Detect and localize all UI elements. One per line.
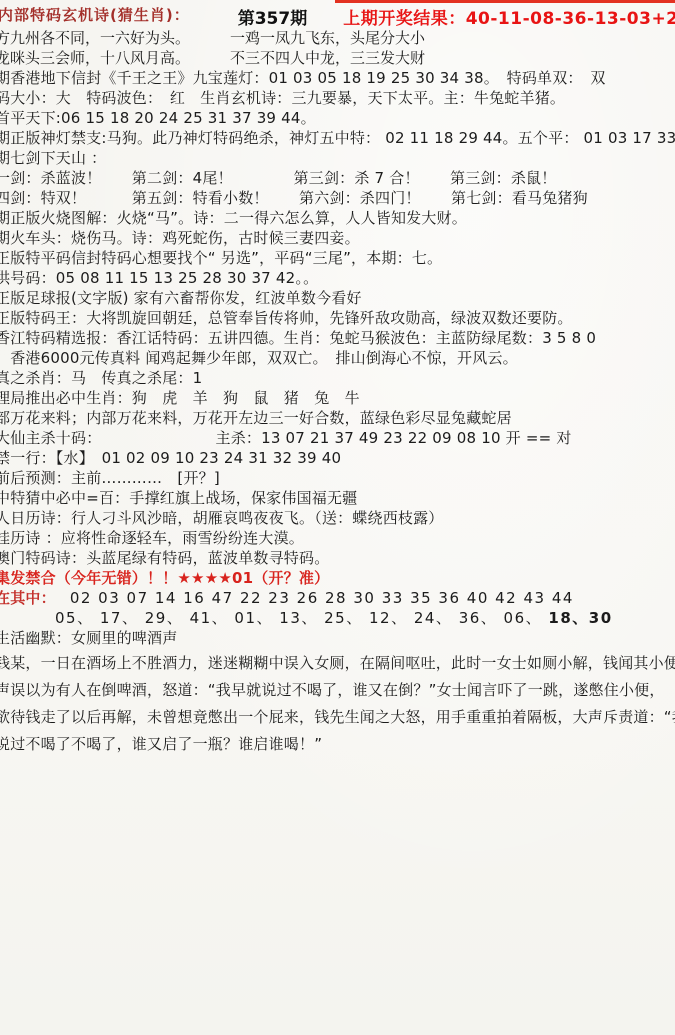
tip-line: 码大小：大 特码波色： 红 生肖玄机诗：三九要暴，天下太平。主：牛兔蛇羊猪。 <box>0 88 675 108</box>
tip-line: 香港6000元传真料 闻鸡起舞少年郎，双双亡。 排山倒海心不惊，开风云。 <box>0 348 675 368</box>
among-row2-numbers: 05、 17、 29、 41、 01、 13、 25、 12、 24、 36、 … <box>55 609 548 627</box>
tip-line: 首平天下:06 15 18 20 24 25 31 37 39 44。 <box>0 108 675 128</box>
poem-left: 方九州各不同，一六好为头。 <box>0 28 230 48</box>
story-line: 钱某，一日在酒场上不胜酒力，迷迷糊糊中误入女厕，在隔间呕吐，此时一女士如厕小解，… <box>0 650 675 677</box>
tip-line: 期正版神灯禁支:马狗。此乃神灯特码绝杀，神灯五中特： 02 11 18 29 4… <box>0 128 675 148</box>
jifa-highlight-line: 集发禁合（今年无错）！！★★★★01（开？准） <box>0 568 675 588</box>
poem-row: 龙咪头三会师，十八风月高。 不三不四人中龙，三三发大财 <box>0 48 675 68</box>
sheet-content: 内部特码玄机诗(猜生肖)： 第357期 上期开奖结果：40-11-08-36-1… <box>0 0 675 758</box>
last-draw-result-label: 上期开奖结果： <box>343 9 466 29</box>
poem-row: 方九州各不同，一六好为头。 一鸡一凤九飞东，头尾分大小 <box>0 28 675 48</box>
tip-line: 期火车头：烧伤马。诗：鸡死蛇伤，古时候三妻四妾。 <box>0 228 675 248</box>
tip-line: 挂历诗 ：应将性命逐轻车，雨雪纷纷连大漠。 <box>0 528 675 548</box>
tip-line: 正版特平码信封特码心想要找个“ 另选”，平码“三尾”，本期：七。 <box>0 248 675 268</box>
among-row2-bold-numbers: 18、30 <box>548 609 612 627</box>
tip-line: 理局推出必中生肖：狗 虎 羊 狗 鼠 猪 兔 牛 <box>0 388 675 408</box>
tip-line: 期正版火烧图解：火烧“马”。诗：二一得六怎么算，人人皆知发大财。 <box>0 208 675 228</box>
tip-line: 大仙主杀十码： 主杀：13 07 21 37 49 23 22 09 08 10… <box>0 428 675 448</box>
among-numbers: 02 03 07 14 16 47 22 23 26 28 30 33 35 3… <box>70 588 574 608</box>
issue-number: 第357期 <box>238 4 308 29</box>
tip-line: 一剑：杀蓝波！ 第二剑：4尾！ 第三剑：杀 7 合！ 第三剑：杀鼠！ <box>0 168 675 188</box>
story-line: 欲待钱走了以后再解，未曾想竟憋出一个屁来，钱先生闻之大怒，用手重重拍着隔板，大声… <box>0 704 675 731</box>
tip-line: 供号码：05 08 11 15 13 25 28 30 37 42。。 <box>0 268 675 288</box>
humor-story: 钱某，一日在酒场上不胜酒力，迷迷糊糊中误入女厕，在隔间呕吐，此时一女士如厕小解，… <box>0 650 675 758</box>
poem-left: 龙咪头三会师，十八风月高。 <box>0 48 230 68</box>
tip-line: 期香港地下信封《千王之王》九宝莲灯：01 03 05 18 19 25 30 3… <box>0 68 675 88</box>
tip-line: 人日历诗：行人刁斗风沙暗，胡雁哀鸣夜夜飞。（送：蝶绕西枝露） <box>0 508 675 528</box>
tip-line: 正版特码王：大将凯旋回朝廷，总管奉旨传将帅，先锋歼敌攻勋高，绿波双数还要防。 <box>0 308 675 328</box>
humor-title: 生活幽默：女厕里的啤酒声 <box>0 628 675 648</box>
page-title: 内部特码玄机诗(猜生肖)： <box>0 4 190 25</box>
tip-line: 香江特码精选报：香江话特码：五讲四德。生肖：兔蛇马猴波色：主蓝防绿尾数：3 5 … <box>0 328 675 348</box>
tip-line: 禁一行：【水】 01 02 09 10 23 24 31 32 39 40 <box>0 448 675 468</box>
among-numbers-row2: 05、 17、 29、 41、 01、 13、 25、 12、 24、 36、 … <box>0 608 675 628</box>
sheet-header: 内部特码玄机诗(猜生肖)： 第357期 上期开奖结果：40-11-08-36-1… <box>0 0 675 28</box>
tip-line: 中特猜中必中=百：手撑红旗上战场，保家伟国福无疆 <box>0 488 675 508</box>
mystic-poems: 方九州各不同，一六好为头。 一鸡一凤九飞东，头尾分大小 龙咪头三会师，十八风月高… <box>0 28 675 68</box>
last-draw-result-numbers: 40-11-08-36-13-03+24 <box>466 9 675 29</box>
tip-line: 部万花来料；内部万花来料，万花开左边三一好合数，蓝绿色彩尽显兔藏蛇居 <box>0 408 675 428</box>
tip-line: 正版足球报(文字版) 家有六畜帮你发，红波单数今看好 <box>0 288 675 308</box>
tip-line: 真之杀肖：马 传真之杀尾：1 <box>0 368 675 388</box>
poem-right: 不三不四人中龙，三三发大财 <box>230 48 425 68</box>
tip-line: 四剑：特双！ 第五剑：特看小数！ 第六剑：杀四门！ 第七剑：看马兔猪狗 <box>0 188 675 208</box>
tip-line: 期七剑下天山 ： <box>0 148 675 168</box>
among-label: 在其中： <box>0 588 56 608</box>
poem-right: 一鸡一凤九飞东，头尾分大小 <box>230 28 425 48</box>
story-line: 声误以为有人在倒啤酒，怒道：“我早就说过不喝了，谁又在倒？”女士闻言吓了一跳，遂… <box>0 677 675 704</box>
tip-line: 澳门特码诗：头蓝尾绿有特码，蓝波单数寻特码。 <box>0 548 675 568</box>
tip-line: 前后预测：主前………… [开？] <box>0 468 675 488</box>
scanned-lottery-sheet: { "header": { "title": "内部特码玄机诗(猜生肖)：", … <box>0 0 675 1035</box>
story-line: 说过不喝了不喝了，谁又启了一瓶？谁启谁喝！” <box>0 731 675 758</box>
among-numbers-row1: 在其中： 02 03 07 14 16 47 22 23 26 28 30 33… <box>0 588 675 608</box>
last-draw-result: 上期开奖结果：40-11-08-36-13-03+24 <box>343 4 675 29</box>
tip-lines: 期香港地下信封《千王之王》九宝莲灯：01 03 05 18 19 25 30 3… <box>0 68 675 568</box>
